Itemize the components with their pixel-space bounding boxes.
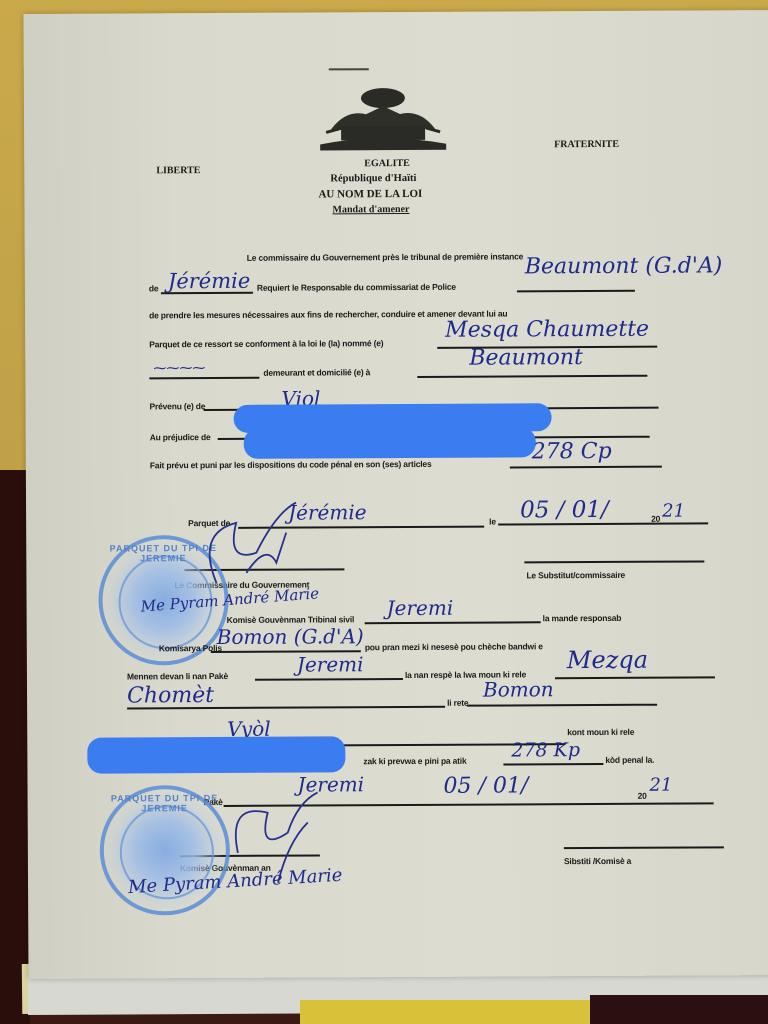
prejudice-label: Au préjudice de [150, 432, 211, 442]
articles-line [510, 466, 662, 468]
name-line-1 [555, 676, 715, 678]
mennen-line [255, 678, 403, 680]
republic-title: République d'Haïti [330, 173, 416, 184]
document-page: LIBERTE FRATERNITE EGALITE République d'… [23, 10, 768, 979]
top-mark [329, 68, 369, 70]
zak-label: zak ki prevwa e pini pa atik [363, 756, 466, 767]
police-value: Beaumont (G.d'A) [525, 253, 723, 279]
atik-line [503, 763, 603, 765]
komise-label: Komisè Gouvènman Tribinal sivil [227, 614, 355, 625]
background-dark-patch [590, 995, 768, 1024]
coat-of-arms-icon [316, 84, 450, 155]
mande-label: la mande responsab [543, 613, 622, 623]
demeurant-label: demeurant et domicilié (e) à [263, 367, 370, 378]
rete-line [467, 704, 657, 707]
rete-value: Bomon [483, 677, 554, 701]
atik-value: 278 Kp [511, 739, 580, 761]
mennen-value: Jeremi [297, 652, 364, 676]
komise-line [365, 621, 541, 624]
name-value-2: Chomèt [127, 683, 214, 708]
kreyol-year-prefix: 20 [638, 791, 647, 801]
kreyol-sig-right-label: Sibstiti /Komisè a [564, 856, 631, 866]
au-nom-de-la-loi: AU NOM DE LA LOI [318, 188, 422, 201]
komise-value: Jeremi [387, 596, 454, 620]
articles-value: 278 Cp [532, 439, 612, 464]
kod-label: kòd penal la. [605, 755, 654, 765]
demeurant-value: Beaumont [469, 345, 583, 371]
demeurant-line [417, 375, 647, 378]
intro-text: Le commissaire du Gouvernement près le t… [247, 251, 524, 262]
requiert-label: Requiert le Responsable du commissariat … [257, 282, 456, 293]
kreyol-year-value: 21 [649, 775, 672, 796]
kont-label: kont moun ki rele [567, 727, 634, 737]
sig-right-label: Le Substitut/commissaire [526, 570, 625, 581]
kreyol-date-value: 05 / 01/ [443, 773, 528, 798]
year-value: 21 [662, 501, 685, 522]
motto-fraternite: FRATERNITE [554, 139, 619, 150]
nomme-value: Mesqa Chaumette [445, 317, 649, 343]
pou-pran-label: pou pran mezi ki nesesè pou chèche bandw… [365, 641, 543, 652]
fait-label: Fait prévu et puni par les dispositions … [150, 459, 432, 470]
de-label: de [149, 283, 159, 293]
demeurant-scribble: ⁓⁓⁓⁓ [153, 361, 205, 376]
rete-label: li rete [447, 698, 468, 708]
komisarya-value: Bomon (G.d'A) [217, 624, 364, 649]
name-line-2 [127, 706, 445, 709]
motto-liberte: LIBERTE [156, 165, 200, 176]
background-yellow-patch [300, 1000, 600, 1024]
sig-right-line [524, 560, 704, 563]
demeurant-pre-line [149, 377, 259, 379]
redaction-bar [87, 736, 345, 773]
kreyol-sig-right-line [564, 846, 724, 848]
date-value: 05 / 01/ [520, 497, 609, 523]
mennen-label: Mennen devan li nan Pakè [127, 671, 228, 682]
redaction-bar [244, 427, 536, 459]
de-value: Jérémie [168, 269, 250, 293]
le-label: le [489, 517, 496, 527]
signature-mark [186, 492, 327, 593]
name-value-1: Mezqa [567, 646, 648, 674]
motto-egalite: EGALITE [364, 158, 410, 169]
year-prefix: 20 [651, 514, 660, 524]
police-line [517, 290, 635, 292]
prevenu-label: Prévenu (e) de [150, 401, 206, 411]
parquet-label: Parquet de ce ressort se conforment à la… [149, 338, 383, 349]
document-type-title: Mandat d'amener [332, 204, 409, 215]
